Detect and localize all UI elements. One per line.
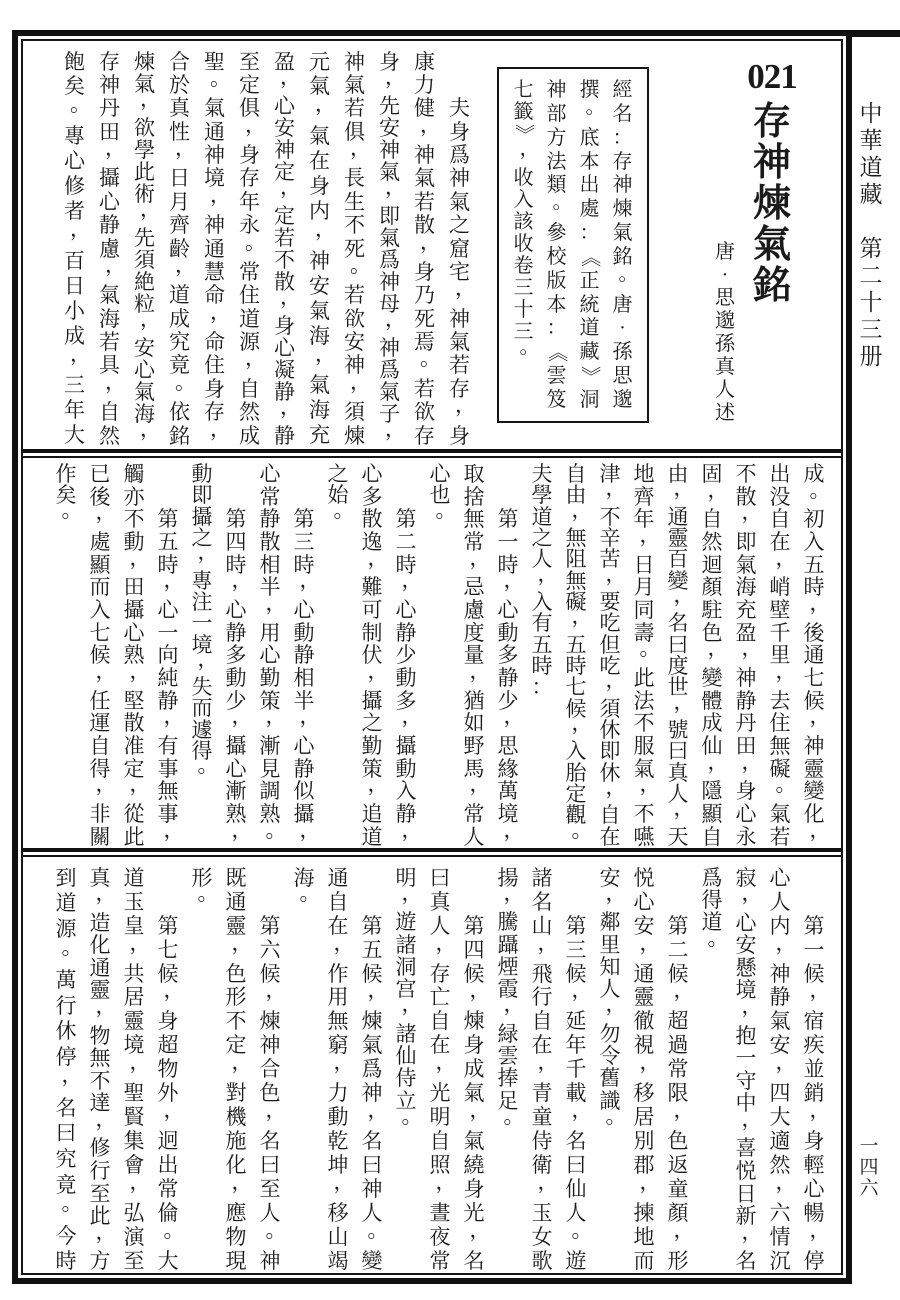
glyph: 飽 — [57, 51, 92, 73]
glyph: 用 — [253, 623, 287, 644]
glyph: ， — [378, 418, 413, 440]
text-column: 悦心安，通靈徹視，移居別郡，揀地而 — [627, 867, 661, 1273]
glyph: ， — [633, 1172, 667, 1194]
glyph: 該 — [507, 211, 540, 233]
glyph: ， — [238, 114, 273, 136]
glyph: ， — [168, 138, 203, 160]
glyph: 入 — [83, 600, 117, 621]
glyph: 第 — [854, 235, 888, 262]
glyph: ， — [308, 343, 343, 365]
glyph: 力 — [321, 1083, 355, 1105]
glyph: ， — [308, 218, 343, 240]
glyph: 神 — [797, 736, 831, 757]
glyph: ， — [89, 502, 123, 523]
glyph: 知 — [593, 956, 627, 978]
glyph: 神 — [197, 215, 232, 237]
glyph: 氣 — [763, 804, 797, 825]
glyph: 本 — [573, 151, 606, 173]
glyph: 合 — [162, 51, 197, 73]
glyph: ， — [803, 706, 837, 727]
glyph: 萬 — [49, 969, 83, 991]
text-column: 津，不辛苦，要吃但吃，須休即休，自在 — [593, 464, 627, 848]
glyph: ， — [701, 480, 735, 501]
glyph: 静 — [389, 623, 423, 644]
glyph: 百 — [661, 549, 695, 570]
glyph: 第 — [389, 509, 423, 530]
glyph: 部 — [540, 103, 573, 125]
glyph: 飛 — [525, 963, 559, 985]
glyph: 准 — [117, 736, 151, 757]
glyph: ， — [463, 548, 497, 569]
glyph: 諸 — [389, 1023, 423, 1045]
glyph: 第 — [491, 509, 525, 530]
glyph: ： — [606, 127, 639, 149]
glyph: 法 — [627, 691, 661, 712]
glyph: 集 — [117, 1131, 151, 1153]
glyph: ， — [63, 218, 98, 240]
glyph: 煉 — [606, 198, 639, 220]
glyph: 三 — [57, 375, 92, 397]
glyph: 五 — [525, 634, 559, 655]
text-column: 心人内，神静氣安，四大適然，六情沉 — [763, 867, 797, 1273]
glyph: 心 — [355, 464, 389, 485]
glyph: 統 — [573, 294, 606, 316]
glyph: 一 — [151, 623, 185, 644]
glyph: ， — [63, 343, 98, 365]
glyph: ， — [225, 932, 259, 954]
glyph: 入 — [525, 592, 559, 613]
glyph: 施 — [219, 1131, 253, 1153]
glyph: 非 — [83, 804, 117, 825]
glyph: ， — [225, 1172, 259, 1194]
glyph: ， — [429, 932, 463, 954]
glyph: 永 — [729, 827, 763, 848]
glyph: 顯 — [83, 555, 117, 576]
glyph: ， — [168, 254, 203, 276]
glyph: 曰 — [661, 741, 695, 762]
glyph: ， — [293, 570, 327, 591]
section-five-times: 成。初入五時，後通七候，神靈變化，出没自在，峭壁千里，去住無礙。氣若不散，即氣海… — [23, 458, 841, 848]
glyph: 。 — [513, 336, 546, 358]
glyph: 身 — [407, 261, 442, 283]
glyph: 中 — [854, 100, 888, 127]
glyph: ， — [259, 593, 293, 614]
glyph: 神 — [302, 250, 337, 272]
glyph: 。 — [429, 500, 463, 521]
glyph: ， — [413, 114, 448, 136]
section-seven-stages: 第一候，宿疾並銷，身輕心暢，停心人内，神静氣安，四大適然，六情沉寂，心安懸境，抱… — [23, 857, 841, 1273]
glyph: ， — [327, 932, 361, 954]
bottom-body-columns: 第一候，宿疾並銷，身輕心暢，停心人内，神静氣安，四大適然，六情沉寂，心安懸境，抱… — [23, 867, 831, 1273]
glyph: ， — [343, 138, 378, 160]
text-column: 自由，無阻無礙，五時七候，入胎定觀。 — [559, 464, 593, 848]
glyph: ， — [157, 706, 191, 727]
text-column: 撰。底本出處：《正統道藏》洞 — [573, 79, 606, 411]
glyph: 仙 — [389, 1045, 423, 1067]
glyph: 地 — [627, 1227, 661, 1249]
glyph: ， — [157, 570, 191, 591]
colophon-columns: 經名：存神煉氣銘。唐·孫思邈撰。底本出處：《正統道藏》洞神部方法類。參校版本：《… — [507, 79, 639, 411]
glyph: 度 — [457, 623, 491, 644]
glyph: 定 — [267, 205, 302, 227]
glyph: 至 — [117, 1251, 151, 1273]
glyph: 去 — [763, 691, 797, 712]
glyph: 氣 — [729, 555, 763, 576]
glyph: 。 — [259, 820, 293, 841]
glyph: ， — [361, 774, 395, 795]
glyph: 身 — [729, 781, 763, 802]
glyph: 動 — [321, 1107, 355, 1129]
glyph: 藏 — [854, 181, 888, 208]
glyph: 思 — [491, 736, 525, 757]
glyph: 。 — [238, 231, 273, 253]
glyph: 三 — [854, 316, 888, 343]
glyph: 名 — [729, 1251, 763, 1273]
glyph: ， — [293, 820, 327, 841]
glyph: ， — [89, 883, 123, 905]
glyph: ， — [98, 254, 133, 276]
glyph: 生 — [337, 191, 372, 213]
glyph: 辛 — [593, 528, 627, 549]
glyph: 。 — [55, 937, 89, 959]
glyph: 。 — [612, 263, 645, 285]
glyph: 而 — [83, 577, 117, 598]
glyph: 大 — [151, 1251, 185, 1273]
glyph: 同 — [627, 600, 661, 621]
glyph: ， — [513, 138, 546, 160]
glyph: ， — [123, 661, 157, 682]
glyph: 第 — [151, 509, 185, 530]
text-column: 元氣，氣在身内，神安氣海，氣海充 — [302, 51, 337, 447]
glyph: ， — [803, 980, 837, 1002]
glyph: 氣 — [442, 191, 477, 213]
glyph: 。 — [55, 1193, 89, 1215]
glyph: 田 — [117, 577, 151, 598]
glyph: 。 — [803, 480, 837, 501]
glyph: 静 — [287, 759, 321, 780]
glyph: 心 — [117, 623, 151, 644]
glyph: ， — [157, 820, 191, 841]
glyph: · — [709, 263, 741, 286]
glyph: 心 — [92, 191, 127, 213]
glyph: 身 — [442, 425, 477, 447]
glyph: ， — [803, 593, 837, 614]
glyph: 神 — [763, 963, 797, 985]
glyph: 七 — [83, 623, 117, 644]
text-column: 到道源。萬行休停，名曰究竟。今時 — [49, 867, 83, 1273]
glyph: 。 — [259, 1220, 293, 1242]
glyph: 。 — [327, 500, 361, 521]
glyph: ， — [157, 980, 191, 1002]
glyph: 通 — [627, 963, 661, 985]
text-column: 七籤》，收入該收卷三十三。 — [507, 79, 540, 411]
glyph: ， — [735, 1221, 769, 1243]
glyph: 女 — [525, 1227, 559, 1249]
glyph: ， — [89, 774, 123, 795]
glyph: 心 — [423, 464, 457, 485]
glyph: ， — [225, 570, 259, 591]
glyph: 之 — [525, 528, 559, 549]
glyph: 氣 — [372, 227, 407, 249]
glyph: 道 — [355, 827, 389, 848]
glyph: ， — [89, 661, 123, 682]
glyph: 有 — [151, 736, 185, 757]
glyph: 超 — [661, 1011, 695, 1033]
glyph: 道 — [49, 893, 83, 915]
glyph: 在 — [302, 151, 337, 173]
glyph: 底 — [573, 127, 606, 149]
glyph: 漸 — [219, 781, 253, 802]
glyph: 里 — [593, 934, 627, 956]
text-column: 唐·思邈孫真人述 — [709, 240, 741, 424]
glyph: 不 — [219, 1011, 253, 1033]
glyph: 神 — [407, 145, 442, 167]
glyph: 物 — [219, 1227, 253, 1249]
glyph: 命 — [197, 332, 232, 354]
glyph: 攝 — [117, 600, 151, 621]
glyph: ， — [203, 301, 238, 323]
glyph: ， — [599, 670, 633, 691]
glyph: 氣 — [92, 285, 127, 307]
glyph: 心 — [253, 645, 287, 666]
glyph: 海 — [92, 308, 127, 330]
glyph: 人 — [709, 378, 741, 401]
glyph: 騰 — [491, 912, 525, 934]
glyph: 天 — [661, 827, 695, 848]
glyph: ， — [667, 980, 701, 1002]
glyph: ， — [633, 932, 667, 954]
glyph: 停 — [797, 1251, 831, 1273]
glyph: 。 — [63, 94, 98, 116]
glyph: ， — [497, 706, 531, 727]
glyph: 存 — [606, 151, 639, 173]
glyph: 沉 — [763, 1251, 797, 1273]
glyph: 觸 — [117, 464, 151, 485]
glyph: 。 — [293, 882, 327, 904]
glyph: 機 — [219, 1107, 253, 1129]
glyph: ， — [55, 1065, 89, 1087]
glyph: 煉 — [457, 1011, 491, 1033]
text-column: 固，自然迴顏駐色，變體成仙，隱顯自 — [695, 464, 729, 848]
glyph: ， — [225, 820, 259, 841]
glyph: ， — [327, 1052, 361, 1074]
text-column: 中華道藏 第二十三册 — [854, 100, 888, 370]
glyph: ， — [463, 774, 497, 795]
outer-frame: 021 存神煉氣銘 唐·思邈孫真人述 經名：存神煉氣銘。唐·孫思邈撰。底本出處：… — [12, 30, 852, 1284]
glyph: ， — [225, 706, 259, 727]
glyph: 變 — [355, 1251, 389, 1273]
glyph: 。 — [191, 882, 225, 904]
glyph: 收 — [507, 233, 540, 255]
glyph: 自 — [92, 402, 127, 424]
glyph: ， — [803, 820, 837, 841]
glyph: 孫 — [709, 332, 741, 355]
glyph: ， — [769, 1052, 803, 1074]
glyph: 緑 — [491, 1023, 525, 1045]
glyph: 即 — [729, 532, 763, 553]
glyph: 。 — [343, 254, 378, 276]
glyph: ， — [203, 184, 238, 206]
glyph: 七 — [507, 79, 540, 101]
glyph: 思 — [606, 365, 639, 387]
glyph: 色 — [219, 963, 253, 985]
glyph: ， — [735, 502, 769, 523]
text-column: 之始。 — [321, 464, 355, 848]
glyph: ， — [123, 1172, 157, 1194]
glyph: 夜 — [423, 1227, 457, 1249]
glyph: 適 — [763, 1131, 797, 1153]
glyph: ， — [225, 1052, 259, 1074]
glyph: ， — [803, 1100, 837, 1122]
glyph: 色 — [661, 1131, 695, 1153]
glyph: 散 — [117, 713, 151, 734]
glyph: 可 — [355, 600, 389, 621]
text-column: 至定俱，身存年永。常住道源，自然成 — [232, 51, 267, 447]
glyph: ， — [98, 371, 133, 393]
glyph: 用 — [321, 987, 355, 1009]
glyph: 出 — [763, 464, 797, 485]
margin-running-head: 中華道藏 第二十三册 — [854, 100, 888, 370]
glyph: 迴 — [695, 555, 729, 576]
glyph: ， — [599, 478, 633, 499]
glyph: 動 — [491, 623, 525, 644]
glyph: 舊 — [593, 1068, 627, 1090]
text-column: 既通靈，色形不定，對機施化，應物現 — [219, 867, 253, 1273]
glyph: 成 — [695, 713, 729, 734]
glyph: ， — [123, 548, 157, 569]
text-title: 存神煉氣銘 — [741, 101, 803, 306]
glyph: 。 — [565, 1220, 599, 1242]
glyph: 名 — [253, 1131, 287, 1153]
glyph: 定 — [559, 784, 593, 805]
glyph: 。 — [565, 820, 599, 841]
glyph: 取 — [457, 464, 491, 485]
glyph: ， — [327, 1172, 361, 1194]
glyph: ， — [735, 638, 769, 659]
glyph: 神 — [442, 168, 477, 190]
glyph: ， — [497, 820, 531, 841]
glyph: 《 — [579, 240, 601, 273]
glyph: 參 — [540, 222, 573, 244]
glyph: ， — [395, 882, 429, 904]
text-column: 心常静散相半，用心勤策，漸見調熟。 — [253, 464, 287, 848]
glyph: 煉 — [355, 1011, 389, 1033]
glyph: 。 — [413, 348, 448, 370]
glyph: 入 — [559, 741, 593, 762]
glyph: 神 — [606, 174, 639, 196]
glyph: 究 — [49, 1148, 83, 1170]
glyph: 爲 — [442, 145, 477, 167]
glyph: 遊 — [559, 1251, 593, 1273]
glyph: 小 — [57, 300, 92, 322]
glyph: ， — [273, 66, 308, 88]
glyph: 。 — [633, 638, 667, 659]
glyph: ， — [531, 932, 565, 954]
glyph: 不 — [627, 804, 661, 825]
text-column: 形。 — [185, 867, 219, 1273]
glyph: 七 — [559, 677, 593, 698]
glyph: 攝 — [389, 736, 423, 757]
glyph: ， — [667, 798, 701, 819]
text-number: 021 — [741, 57, 803, 99]
section-title: 021 存神煉氣銘 唐·思邈孫真人述 經名：存神煉氣銘。唐·孫思邈撰。底本出處：… — [23, 45, 841, 449]
glyph: 勤 — [355, 736, 389, 757]
glyph: 住 — [763, 713, 797, 734]
glyph: ， — [293, 706, 327, 727]
glyph: ， — [273, 176, 308, 198]
glyph: 氣 — [606, 222, 639, 244]
glyph: 。 — [546, 191, 579, 213]
glyph: 心 — [287, 736, 321, 757]
glyph: 氣 — [741, 224, 803, 265]
glyph: 學 — [525, 485, 559, 506]
glyph: ， — [123, 932, 157, 954]
glyph: 攝 — [355, 691, 389, 712]
colophon-box: 經名：存神煉氣銘。唐·孫思邈撰。底本出處：《正統道藏》洞神部方法類。參校版本：《… — [497, 67, 649, 423]
text-column: 海。 — [287, 867, 321, 1273]
glyph: 若 — [337, 285, 372, 307]
glyph: 日 — [57, 275, 92, 297]
glyph: 煉 — [127, 51, 162, 73]
glyph: 三 — [507, 277, 540, 299]
glyph: 百 — [57, 250, 92, 272]
glyph: ， — [531, 1172, 565, 1194]
glyph: 本 — [540, 294, 573, 316]
glyph: 勿 — [593, 1023, 627, 1045]
glyph: ， — [735, 883, 769, 905]
text-column: 取捨無常，忌慮度量，猶如野馬，常人 — [457, 464, 491, 848]
glyph: 作 — [49, 464, 83, 485]
glyph: 從 — [117, 804, 151, 825]
glyph: 第 — [287, 509, 321, 530]
glyph: ， — [273, 396, 308, 418]
glyph: 此 — [127, 161, 162, 183]
glyph: 心 — [253, 464, 287, 485]
glyph: 大 — [57, 425, 92, 447]
glyph: 此 — [117, 827, 151, 848]
glyph: 玉 — [525, 1203, 559, 1225]
glyph: 長 — [337, 168, 372, 190]
glyph: ， — [735, 995, 769, 1017]
glyph: ， — [599, 994, 633, 1016]
glyph: 。 — [55, 500, 89, 521]
glyph: 勤 — [253, 668, 287, 689]
glyph: ， — [667, 692, 701, 713]
glyph: 四 — [763, 1083, 797, 1105]
glyph: ， — [395, 570, 429, 591]
glyph: 但 — [593, 635, 627, 656]
glyph: 竭 — [321, 1251, 355, 1273]
glyph: 乃 — [407, 285, 442, 307]
glyph: 自 — [423, 1131, 457, 1153]
glyph: 無 — [321, 1011, 355, 1033]
glyph: 版 — [540, 270, 573, 292]
glyph: ， — [769, 661, 803, 682]
frame-top-extension — [852, 30, 900, 37]
glyph: ， — [378, 66, 413, 88]
glyph: ， — [123, 1052, 157, 1074]
glyph: 懸 — [729, 957, 763, 979]
glyph: 胎 — [559, 763, 593, 784]
glyph: 鄰 — [593, 912, 627, 934]
glyph: ， — [157, 1100, 191, 1122]
glyph: ， — [343, 371, 378, 393]
glyph: 静 — [219, 623, 253, 644]
glyph: 令 — [593, 1045, 627, 1067]
glyph: 身 — [797, 1131, 831, 1153]
glyph: · — [606, 317, 639, 339]
glyph: ， — [378, 308, 413, 330]
